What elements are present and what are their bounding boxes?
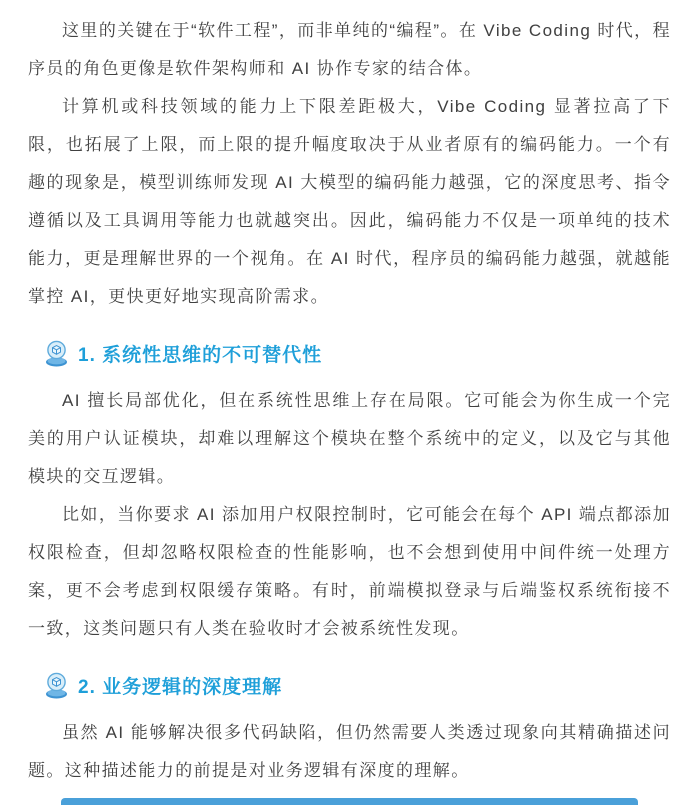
- section-heading-text: 2. 业务逻辑的深度理解: [78, 672, 282, 699]
- paragraph: 虽然 AI 能够解决很多代码缺陷，但仍然需要人类透过现象向其精确描述问题。这种描…: [28, 714, 671, 790]
- section-heading-text: 1. 系统性思维的不可替代性: [78, 340, 322, 367]
- bottom-divider-bar: [61, 798, 638, 805]
- section-heading-2: 2. 业务逻辑的深度理解: [44, 669, 671, 701]
- section-heading-1: 1. 系统性思维的不可替代性: [44, 337, 671, 369]
- paragraph: 计算机或科技领域的能力上下限差距极大，Vibe Coding 显著拉高了下限，也…: [28, 88, 671, 316]
- article-page: 这里的关键在于“软件工程”，而非单纯的“编程”。在 Vibe Coding 时代…: [0, 0, 699, 805]
- hologram-projector-icon: [44, 340, 69, 367]
- paragraph: AI 擅长局部优化，但在系统性思维上存在局限。它可能会为你生成一个完美的用户认证…: [28, 382, 671, 496]
- hologram-projector-icon: [44, 672, 69, 699]
- paragraph: 这里的关键在于“软件工程”，而非单纯的“编程”。在 Vibe Coding 时代…: [28, 12, 671, 88]
- paragraph: 比如，当你要求 AI 添加用户权限控制时，它可能会在每个 API 端点都添加权限…: [28, 496, 671, 648]
- article-body: 这里的关键在于“软件工程”，而非单纯的“编程”。在 Vibe Coding 时代…: [0, 0, 699, 790]
